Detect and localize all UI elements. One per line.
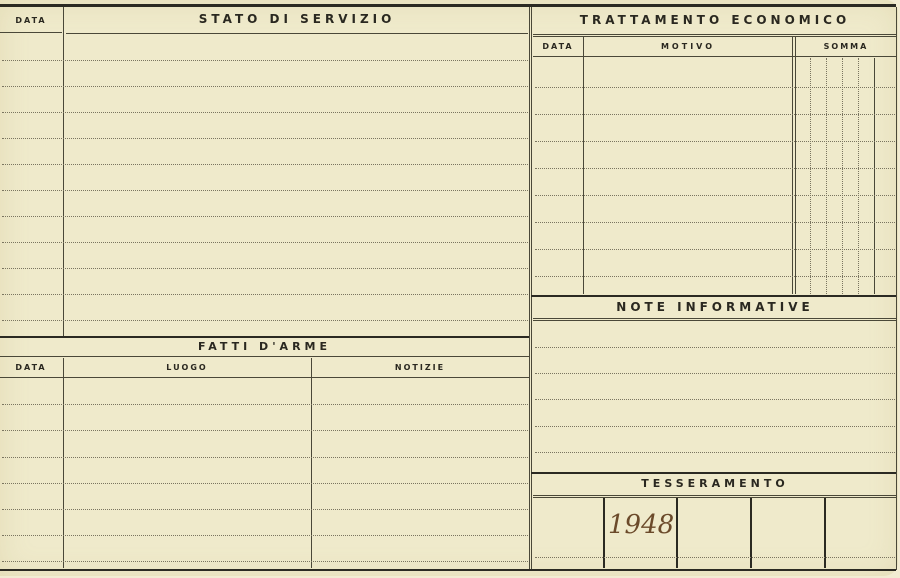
somma-digit-guide bbox=[842, 58, 843, 294]
ruled-line bbox=[535, 87, 895, 88]
note-informative-title: NOTE INFORMATIVE bbox=[533, 300, 897, 314]
trattamento-column-divider bbox=[792, 37, 793, 294]
ruled-line bbox=[535, 426, 895, 427]
stato-di-servizio-title: STATO DI SERVIZIO bbox=[64, 12, 530, 26]
section-divider bbox=[0, 336, 529, 338]
section-divider bbox=[531, 472, 897, 474]
ruled-line bbox=[2, 294, 528, 295]
ruled-line bbox=[535, 222, 895, 223]
ruled-line bbox=[535, 195, 895, 196]
trattamento-column-divider bbox=[583, 37, 584, 294]
ruled-line bbox=[535, 399, 895, 400]
ruled-line bbox=[2, 86, 528, 87]
ruled-line bbox=[535, 373, 895, 374]
tesseramento-year-entry: 1948 bbox=[608, 510, 674, 540]
divider bbox=[533, 320, 896, 321]
divider bbox=[0, 32, 62, 33]
ruled-line bbox=[2, 242, 528, 243]
trattamento-economico-title: TRATTAMENTO ECONOMICO bbox=[533, 13, 897, 27]
ruled-line bbox=[2, 483, 528, 484]
main-column-divider-inner bbox=[531, 7, 532, 570]
ruled-line bbox=[2, 164, 528, 165]
ruled-line bbox=[2, 268, 528, 269]
ruled-line bbox=[2, 457, 528, 458]
ruled-line bbox=[535, 347, 895, 348]
divider bbox=[533, 36, 896, 37]
ruled-line bbox=[535, 276, 895, 277]
somma-digit-guide bbox=[810, 58, 811, 294]
ruled-line bbox=[2, 509, 528, 510]
ruled-line bbox=[535, 114, 895, 115]
ruled-line bbox=[2, 216, 528, 217]
trattamento-motivo-header: MOTIVO bbox=[584, 42, 792, 51]
ruled-line bbox=[2, 535, 528, 536]
divider bbox=[533, 497, 896, 498]
somma-digit-guide bbox=[826, 58, 827, 294]
fatti-notizie-header: NOTIZIE bbox=[312, 363, 528, 372]
ruled-line bbox=[2, 430, 528, 431]
registration-card: DATA STATO DI SERVIZIO FATTI D'ARME DATA… bbox=[0, 0, 898, 576]
somma-digit-guide bbox=[858, 58, 859, 294]
fatti-d-arme-title: FATTI D'ARME bbox=[0, 340, 529, 353]
bottom-border bbox=[0, 569, 896, 571]
fatti-data-header: DATA bbox=[0, 363, 62, 372]
ruled-line bbox=[2, 138, 528, 139]
fatti-column-divider bbox=[311, 358, 312, 568]
trattamento-data-header: DATA bbox=[533, 42, 583, 51]
divider bbox=[533, 56, 896, 57]
ruled-line bbox=[2, 190, 528, 191]
divider bbox=[0, 356, 529, 357]
ruled-line bbox=[2, 60, 528, 61]
ruled-line bbox=[535, 452, 895, 453]
tesseramento-title: TESSERAMENTO bbox=[533, 477, 897, 490]
ruled-line bbox=[2, 112, 528, 113]
ruled-line bbox=[535, 141, 895, 142]
divider bbox=[533, 495, 896, 496]
ruled-line bbox=[2, 404, 528, 405]
trattamento-column-divider bbox=[795, 37, 796, 294]
stato-data-header: DATA bbox=[0, 16, 62, 25]
ruled-line bbox=[535, 249, 895, 250]
top-border bbox=[0, 4, 896, 7]
trattamento-somma-header: SOMMA bbox=[796, 42, 896, 51]
fatti-column-divider bbox=[63, 358, 64, 568]
main-column-divider bbox=[529, 7, 530, 570]
section-divider bbox=[531, 295, 897, 297]
stato-column-divider bbox=[63, 7, 64, 337]
divider bbox=[0, 377, 529, 378]
ruled-line bbox=[2, 561, 528, 562]
fatti-luogo-header: LUOGO bbox=[64, 363, 310, 372]
ruled-line bbox=[2, 320, 528, 321]
ruled-line bbox=[535, 557, 895, 558]
somma-decimal-divider bbox=[874, 58, 875, 294]
divider bbox=[533, 34, 896, 35]
ruled-line bbox=[535, 168, 895, 169]
right-border bbox=[896, 7, 897, 570]
divider bbox=[533, 318, 896, 319]
divider bbox=[66, 33, 528, 34]
